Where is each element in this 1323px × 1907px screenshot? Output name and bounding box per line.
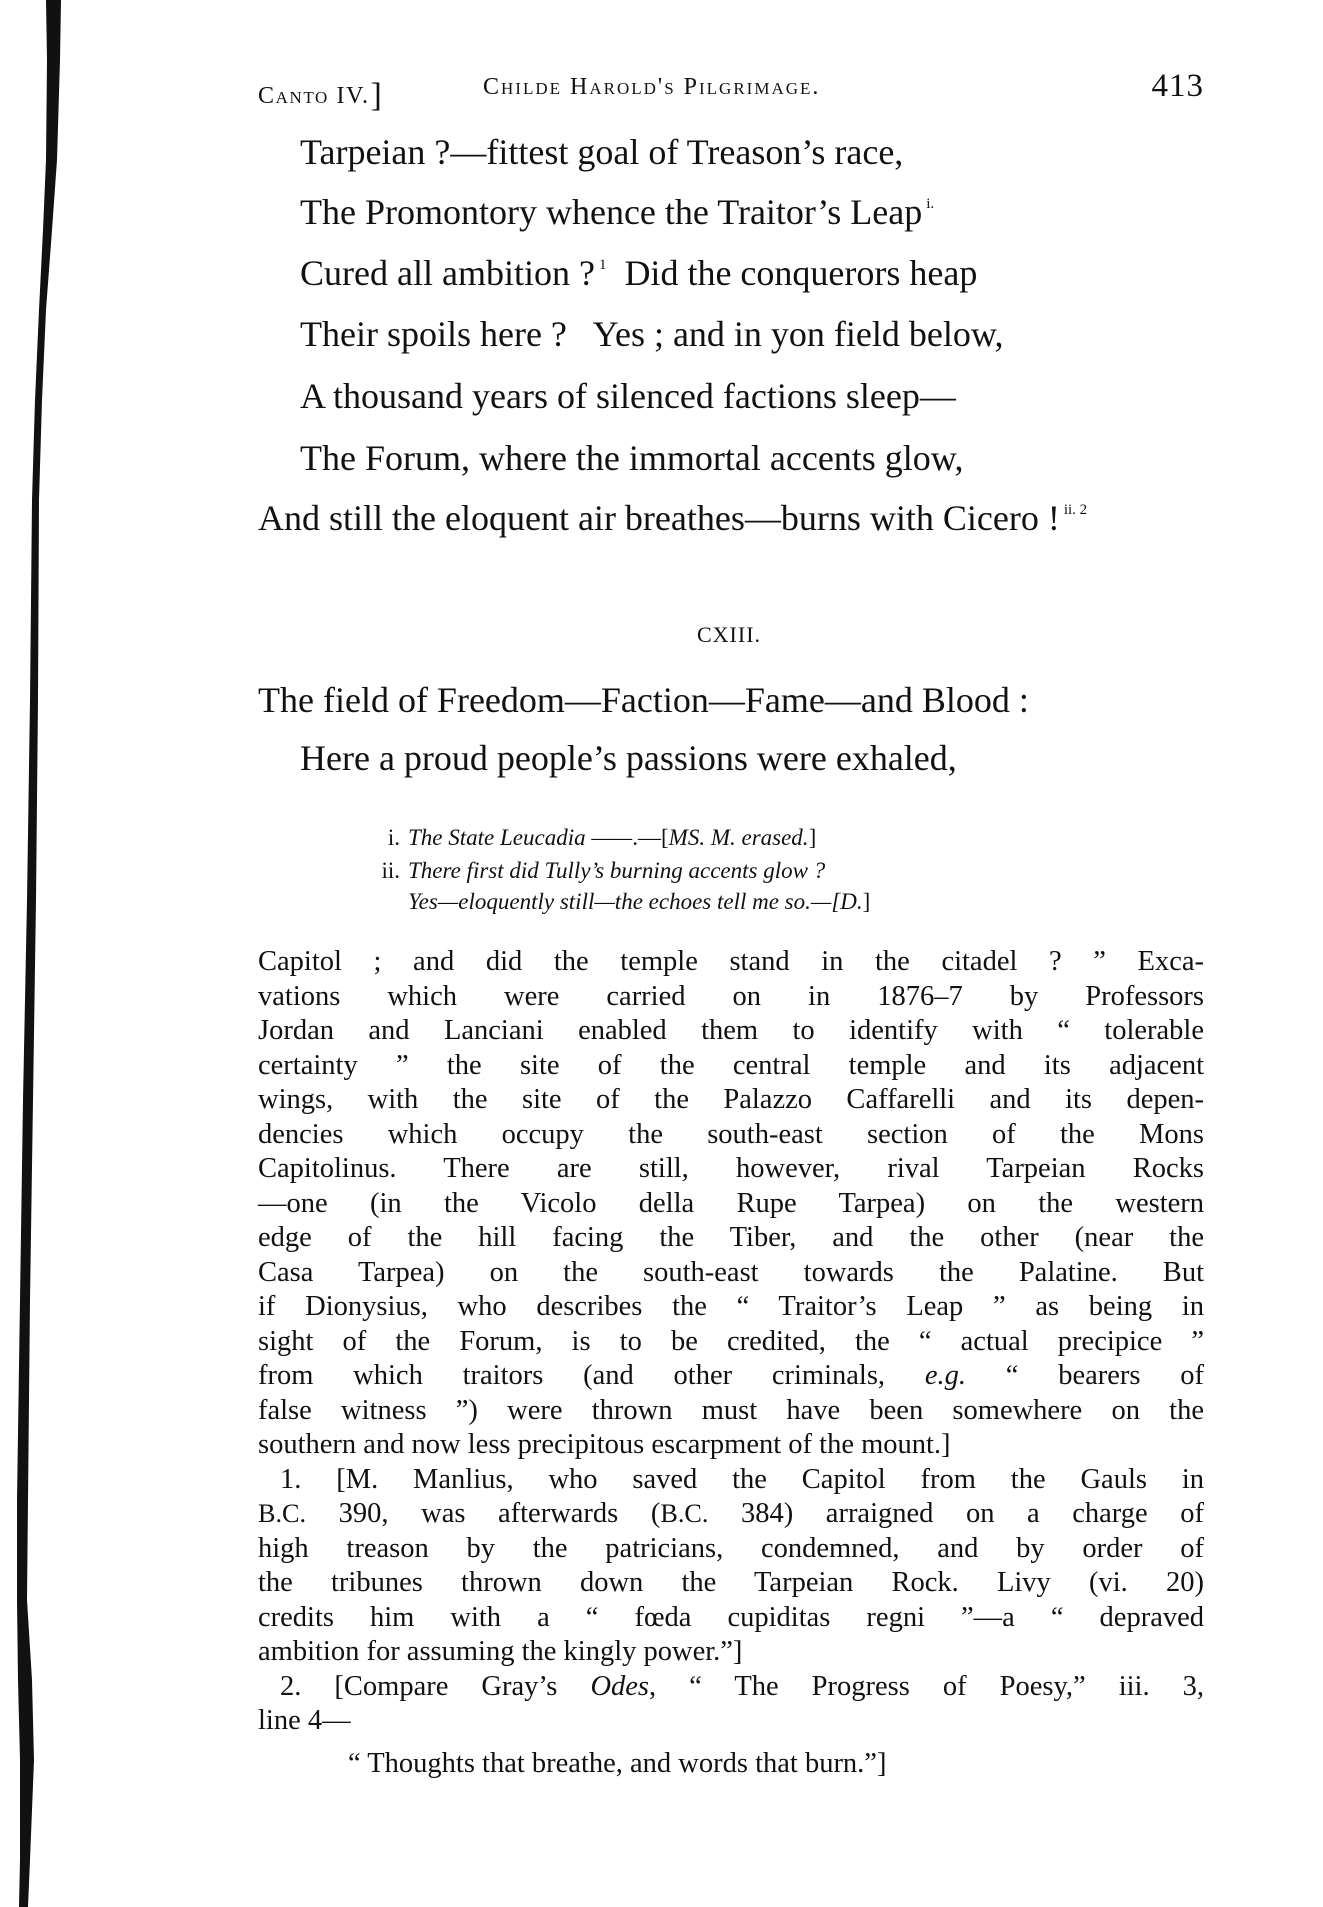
footnote-2-line: 2. [Compare Gray’s Odes, “ The Progress … [258,1670,1204,1705]
note-line: from which traitors (and other criminals… [258,1359,1204,1394]
footnote-ref[interactable]: i. [926,196,934,212]
note-line: Capitol ; and did the temple stand in th… [258,945,1204,980]
canto-label: Canto IV.] [258,74,383,112]
footnote-1-line: 1. [M. Manlius, who saved the Capitol fr… [258,1463,1204,1498]
bracket: ] [371,77,384,114]
editorial-notes: Capitol ; and did the temple stand in th… [258,945,1204,1781]
note-line: if Dionysius, who describes the “ Traito… [258,1290,1204,1325]
verse-line: Tarpeian ?—fittest goal of Treason’s rac… [300,134,903,170]
footnote-ref[interactable]: ii. 2 [1064,502,1087,518]
verse-line: The Promontory whence the Traitor’s Leap… [300,194,934,230]
variant-note: i.The State Leucadia ——.—[MS. M. erased.… [360,826,816,849]
note-line: —one (in the Vicolo della Rupe Tarpea) o… [258,1187,1204,1222]
note-line: sight of the Forum, is to be credited, t… [258,1325,1204,1360]
footnote-1-line: ambition for assuming the kingly power.”… [258,1635,1204,1670]
scan-edge-artifact [0,0,80,1907]
note-line: vations which were carried on in 1876–7 … [258,980,1204,1015]
running-head: Canto IV.] Childe Harold's Pilgrimage. 4… [258,68,1204,108]
footnote-1-label: 1. [280,1464,301,1495]
note-line: edge of the hill facing the Tiber, and t… [258,1221,1204,1256]
footnote-2-label: 2. [280,1671,301,1702]
verse-line: A thousand years of silenced factions sl… [300,378,956,414]
verse-line: Cured all ambition ?1 Did the conquerors… [300,255,977,291]
footnote-1-line: credits him with a “ fœda cupiditas regn… [258,1601,1204,1636]
note-line: false witness ”) were thrown must have b… [258,1394,1204,1429]
note-line: Casa Tarpea) on the south-east towards t… [258,1256,1204,1291]
footnote-ref[interactable]: 1 [599,257,607,273]
verse-line: Their spoils here ? Yes ; and in yon fie… [300,316,1004,352]
verse-line: Here a proud people’s passions were exha… [300,740,957,776]
note-line: wings, with the site of the Palazzo Caff… [258,1083,1204,1118]
quotation-line: “ Thoughts that breathe, and words that … [258,1747,1204,1782]
verse-line: The field of Freedom—Faction—Fame—and Bl… [258,682,1029,718]
verse-line: And still the eloquent air breathes—burn… [258,500,1087,536]
variant-note: Yes—eloquently still—the echoes tell me … [360,890,870,913]
note-line: dencies which occupy the south-east sect… [258,1118,1204,1153]
footnote-2-line: line 4— [258,1704,1204,1739]
canto-text: Canto IV. [258,83,370,109]
variant-note: ii.There first did Tully’s burning accen… [360,859,825,882]
note-line: Jordan and Lanciani enabled them to iden… [258,1014,1204,1049]
note-line: Capitolinus. There are still, however, r… [258,1152,1204,1187]
page-number: 413 [1152,68,1205,105]
verse-line: The Forum, where the immortal accents gl… [300,440,963,476]
footnote-1-line: the tribunes thrown down the Tarpeian Ro… [258,1566,1204,1601]
eg-abbrev: e.g. [925,1360,966,1391]
footnote-1-line: high treason by the patricians, condemne… [258,1532,1204,1567]
book-title: Childe Harold's Pilgrimage. [483,74,820,101]
footnote-1-line: B.C. 390, was afterwards (B.C. 384) arra… [258,1497,1204,1532]
note-line: certainty ” the site of the central temp… [258,1049,1204,1084]
note-line: southern and now less precipitous escarp… [258,1428,1204,1463]
